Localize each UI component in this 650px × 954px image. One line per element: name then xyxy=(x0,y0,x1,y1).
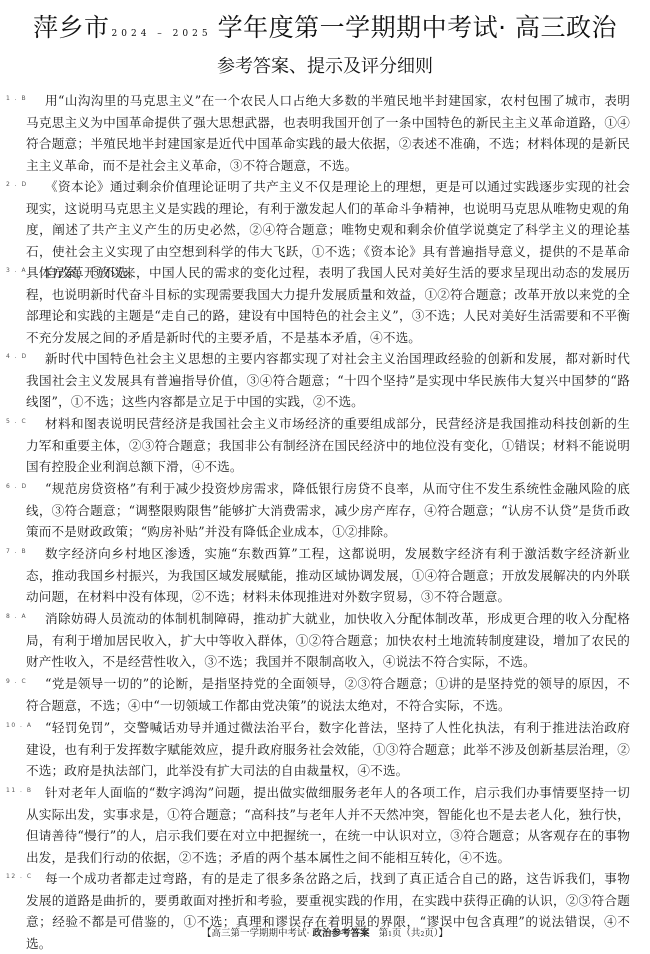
footer-page-suffix: 页） xyxy=(424,928,438,939)
answer-explanation: “党是领导一切的”的论断，是指坚持党的全面领导，②③符合题意；①讲的是坚持党的领… xyxy=(26,673,630,716)
answer-item: 6 . D “规范房贷资格”有利于减少投资炒房需求，降低银行房贷不良率，从而守住… xyxy=(0,478,650,543)
question-number: 5 . C xyxy=(6,418,27,425)
question-number: 4 . D xyxy=(6,353,28,360)
answer-explanation: 用“山沟沟里的马克思主义”在一个农民人口占绝大多数的半殖民地半封建国家，农村包围… xyxy=(26,90,630,176)
answer-item: 7 . B 数字经济向乡村地区渗透，实施“东数西算”工程，这都说明，发展数字经济… xyxy=(0,543,650,608)
question-number: 7 . B xyxy=(6,548,27,555)
footer-close-bracket: 】 xyxy=(439,928,449,939)
answer-item: 3 . A 自改革开放以来，中国人民的需求的变化过程，表明了我国人民对美好生活的… xyxy=(0,262,650,348)
answer-item: 1 . B 用“山沟沟里的马克思主义”在一个农民人口占绝大多数的半殖民地半封建国… xyxy=(0,90,650,176)
answer-explanation: 自改革开放以来，中国人民的需求的变化过程，表明了我国人民对美好生活的要求呈现出动… xyxy=(26,262,630,348)
answer-item: 4 . D 新时代中国特色社会主义思想的主要内容都实现了对社会主义治国理政经验的… xyxy=(0,348,650,413)
footer-answer-label: 政治参考答案 xyxy=(313,928,370,939)
answer-explanation: 消除妨碍人员流动的体制机制障碍，推动扩大就业，加快收入分配体制改革，形成更合理的… xyxy=(26,608,630,673)
question-number: 6 . D xyxy=(6,483,28,490)
page-footer: 【高三第一学期期中考试· 政治参考答案 第1页（共2页）】 xyxy=(0,925,650,939)
question-number: 1 . B xyxy=(6,95,27,102)
answer-explanation: 新时代中国特色社会主义思想的主要内容都实现了对社会主义治国理政经验的创新和发展，… xyxy=(26,348,630,413)
answer-explanation: 每一个成功者都走过弯路，有的是走了很多条岔路之后，找到了真正适合自己的路，这告诉… xyxy=(26,868,630,954)
question-number: 12 . C xyxy=(6,873,33,880)
footer-page-mid: 页（共 xyxy=(392,928,421,939)
answer-item: 8 . A 消除妨碍人员流动的体制机制障碍，推动扩大就业，加快收入分配体制改革，… xyxy=(0,608,650,673)
answer-item: 12 . C 每一个成功者都走过弯路，有的是走了很多条岔路之后，找到了真正适合自… xyxy=(0,868,650,933)
question-number: 8 . A xyxy=(6,613,27,620)
answer-item: 9 . C “党是领导一切的”的论断，是指坚持党的全面领导，②③符合题意；①讲的… xyxy=(0,673,650,717)
page-subtitle: 参考答案、提示及评分细则 xyxy=(0,54,650,80)
answer-explanation: 数字经济向乡村地区渗透，实施“东数西算”工程，这都说明，发展数字经济有利于激活数… xyxy=(26,543,630,608)
title-main: 学年度第一学期期中考试· 高三政治 xyxy=(218,13,617,42)
answer-list: 1 . B 用“山沟沟里的马克思主义”在一个农民人口占绝大多数的半殖民地半封建国… xyxy=(0,90,650,933)
answer-item: 2 . D 《资本论》通过剩余价值理论证明了共产主义不仅是理论上的理想，更是可以… xyxy=(0,176,650,262)
question-number: 3 . A xyxy=(6,267,27,274)
answer-item: 10 . A “轻罚免罚”，交警喊话劝导并通过微法治平台，数字化普法，坚持了人性… xyxy=(0,717,650,782)
answer-item: 11 . B 针对老年人面临的“数字鸿沟”问题，提出做实做细服务老年人的各项工作… xyxy=(0,782,650,868)
question-number: 10 . A xyxy=(6,722,32,729)
page-title: 萍乡市2024 – 2025学年度第一学期期中考试· 高三政治 xyxy=(0,12,650,50)
answer-item: 5 . C 材料和图表说明民营经济是我国社会主义市场经济的重要组成部分，民营经济… xyxy=(0,413,650,478)
question-number: 9 . C xyxy=(6,678,27,685)
title-prefix: 萍乡市 xyxy=(33,13,110,42)
title-years: 2024 – 2025 xyxy=(112,29,212,39)
footer-page-prefix: 第 xyxy=(379,928,389,939)
question-number: 11 . B xyxy=(6,787,32,794)
document-header: 萍乡市2024 – 2025学年度第一学期期中考试· 高三政治 参考答案、提示及… xyxy=(0,12,650,80)
answer-explanation: 材料和图表说明民营经济是我国社会主义市场经济的重要组成部分，民营经济是我国推动科… xyxy=(26,413,630,478)
answer-explanation: “规范房贷资格”有利于减少投资炒房需求，降低银行房贷不良率，从而守住不发生系统性… xyxy=(26,478,630,543)
answer-explanation: “轻罚免罚”，交警喊话劝导并通过微法治平台，数字化普法，坚持了人性化执法，有利于… xyxy=(26,717,630,782)
question-number: 2 . D xyxy=(6,181,28,188)
footer-exam-name: 高三第一学期期中考试· xyxy=(211,928,312,939)
answer-explanation: 针对老年人面临的“数字鸿沟”问题，提出做实做细服务老年人的各项工作，启示我们办事… xyxy=(26,782,630,868)
